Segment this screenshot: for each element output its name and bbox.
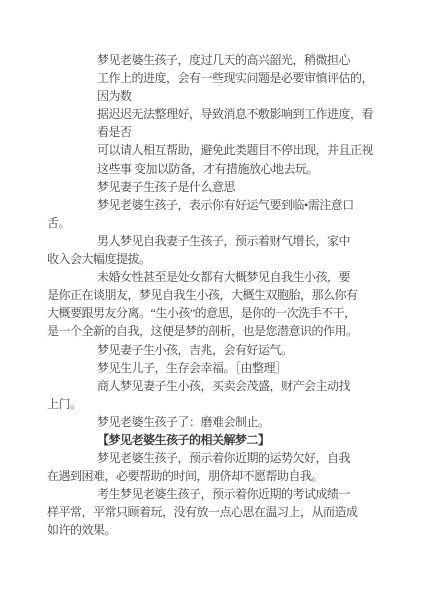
text-line: 商人梦见妻子生小孩，买卖会茂盛，财产会主动找 — [97, 377, 424, 395]
text-line: 舌。 — [47, 214, 424, 232]
text-line: 未婚女性甚至是处女都有大概梦见自我生小孩，要 — [97, 268, 424, 286]
text-line: 因为数 — [97, 87, 424, 105]
text-line: 梦见生儿子，生存会幸福。［由整理］ — [97, 359, 424, 377]
text-line: 梦见老婆生孩子了：磨难会制止。 — [97, 413, 424, 431]
text-line: 上门。 — [47, 395, 424, 413]
document-page: 梦见老婆生孩子，度过几天的高兴韶光，稍微担心工作上的进度，会有一些现实问题是必要… — [0, 0, 424, 600]
text-line: 可以请人相互帮助，避免此类题目不停出现，并且正视 — [97, 141, 424, 159]
text-line: 是你正在谈朋友，梦见自我生小孩，大概生双胞胎，那么你有 — [47, 286, 424, 304]
text-line: 收入会大幅度提拔。 — [47, 250, 424, 268]
text-line: 样平常，平常只顾着玩，没有放一点心思在温习上，从而造成 — [47, 503, 424, 521]
text-line: 这些事 变加以防备，才有措施放心地去玩。 — [97, 160, 424, 178]
text-line: 据迟迟无法整理好，导致消息不敷影响到工作进度，看 — [97, 105, 424, 123]
text-line: 梦见老婆生孩子，预示着你近期的运势欠好，自我 — [97, 449, 424, 467]
text-line: 男人梦见自我妻子生孩子，预示着财气增长，家中 — [97, 232, 424, 250]
text-line: 梦见老婆生孩子，度过几天的高兴韶光，稍微担心 — [97, 51, 424, 69]
text-line: 梦见妻子生小孩，吉兆，会有好运气。 — [97, 341, 424, 359]
text-line: 梦见妻子生孩子是什么意思 — [97, 178, 424, 196]
text-line: 梦见老婆生孩子，表示你有好运气要到临•需注意口 — [97, 196, 424, 214]
section-heading: 【梦见老婆生孩子的相关解梦二】 — [97, 431, 424, 449]
text-line: 看是否 — [97, 123, 424, 141]
text-line: 工作上的进度，会有一些现实问题是必要审慎评估的， — [97, 69, 424, 87]
text-line: 在遇到困难，必要帮助的时间，朋侪却不愿帮助自我。 — [47, 467, 424, 485]
document-text-block: 梦见老婆生孩子，度过几天的高兴韶光，稍微担心工作上的进度，会有一些现实问题是必要… — [0, 51, 424, 540]
text-line: 是一个全新的自我，这便是梦的剖析，也是您潜意识的作用。 — [47, 322, 424, 340]
text-line: 如许的效果。 — [47, 521, 424, 539]
text-line: 大概要跟男友分离。“生小孩”的意思，是你的一次洗手不干， — [47, 304, 424, 322]
text-line: 考生梦见老婆生孩子，预示着你近期的考试成绩一 — [97, 485, 424, 503]
